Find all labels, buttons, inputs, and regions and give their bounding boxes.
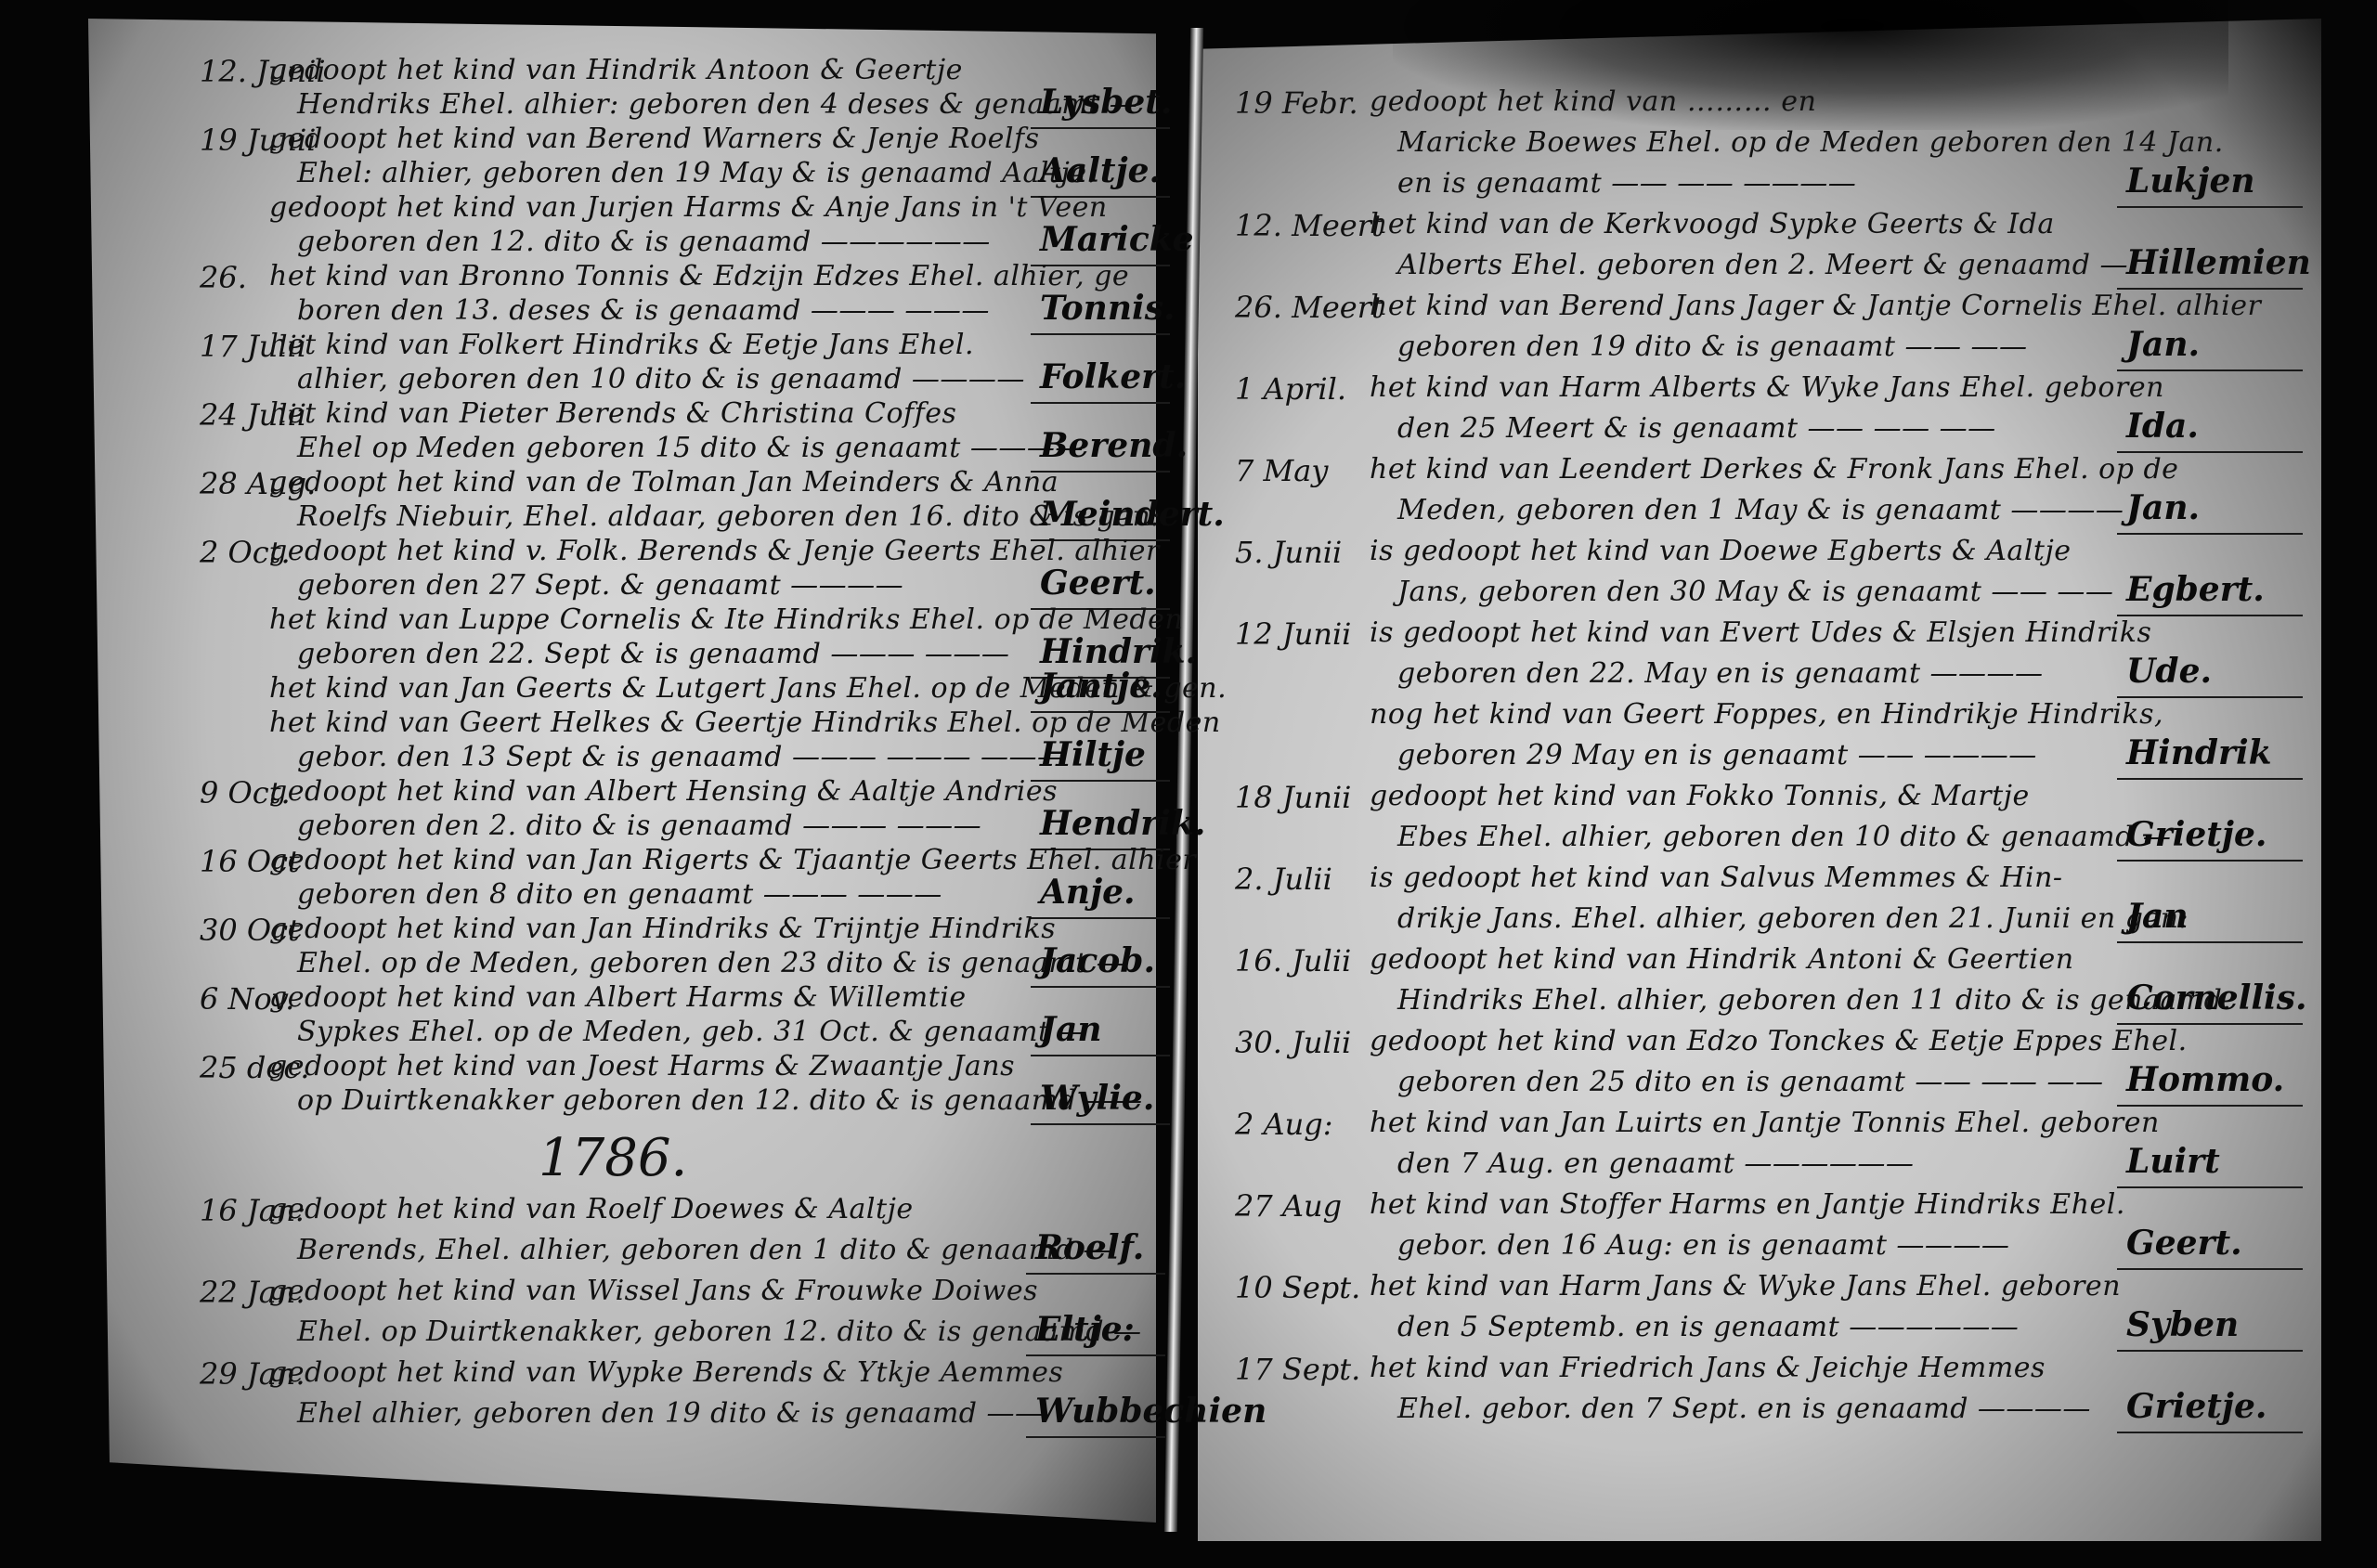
entry-date: 12. Meert <box>1235 208 1383 243</box>
child-name: Meindert. <box>1040 495 1225 534</box>
entry-text-line: Berends, Ehel. alhier, geboren den 1 dit… <box>297 1234 1111 1266</box>
child-name: Eltje: <box>1035 1310 1135 1349</box>
child-name: Hiltje <box>1040 735 1146 774</box>
child-name: Jacob. <box>1040 941 1155 980</box>
year-heading: 1786. <box>539 1128 687 1188</box>
entry-date: 19 Febr. <box>1235 85 1358 121</box>
child-name: Lukjen <box>2126 162 2255 201</box>
name-underline <box>1031 1123 1170 1125</box>
child-name: Lysbet. <box>1040 83 1172 122</box>
child-name: Folkert. <box>1040 357 1186 396</box>
entry-date: 2. Julii <box>1235 862 1332 897</box>
entry-date: 12 Junii <box>1235 616 1351 652</box>
entry-text-line: Ehel alhier, geboren den 19 dito & is ge… <box>297 1397 1044 1430</box>
entry-text-line: geboren den 8 dito en genaamt ——— ——— <box>297 878 942 911</box>
entry-text-line: Maricke Boewes Ehel. op de Meden geboren… <box>1397 126 2224 159</box>
entry-text-line: gedoopt het kind van Edzo Tonckes & Eetj… <box>1370 1025 2188 1057</box>
child-name: Roelf. <box>1035 1228 1144 1267</box>
entry-text-line: geboren 29 May en is genaamt —— ———— <box>1397 739 2037 771</box>
entry-text-line: gedoopt het kind van Wissel Jans & Frouw… <box>269 1275 1038 1307</box>
child-name: Jan. <box>2126 488 2200 527</box>
child-name: Anje. <box>1040 873 1136 912</box>
entry-text-line: geboren den 12. dito & is genaamd —————— <box>297 226 991 258</box>
child-name: Ude. <box>2126 652 2212 691</box>
name-underline <box>2117 1432 2303 1433</box>
child-name: Tonnis. <box>1040 289 1176 328</box>
child-name: Jan <box>1040 1010 1102 1049</box>
child-name: Hommo. <box>2126 1060 2284 1099</box>
entry-date: 30. Julii <box>1235 1025 1351 1060</box>
entry-text-line: Roelfs Niebuir, Ehel. aldaar, geboren de… <box>297 500 1161 533</box>
entry-text-line: gedoopt het kind van Jan Hindriks & Trij… <box>269 913 1056 945</box>
entry-text-line: Sypkes Ehel. op de Meden, geb. 31 Oct. &… <box>297 1016 1087 1048</box>
entry-text-line: gedoopt het kind van Hindrik Antoon & Ge… <box>269 54 963 86</box>
entry-text-line: geboren den 19 dito & is genaamt —— —— <box>1397 330 2028 363</box>
child-name: Geert. <box>2126 1224 2242 1263</box>
entry-text-line: op Duirtkenakker geboren den 12. dito & … <box>297 1084 1143 1117</box>
name-underline <box>1031 402 1170 404</box>
entry-text-line: alhier, geboren den 10 dito & is genaamd… <box>297 363 1025 395</box>
child-name: Syben <box>2126 1305 2239 1344</box>
name-underline <box>1031 127 1170 129</box>
entry-text-line: gedoopt het kind van Jan Rigerts & Tjaan… <box>269 844 1196 876</box>
child-name: Hendrik. <box>1040 804 1205 843</box>
entry-text-line: Ebes Ehel. alhier, geboren den 10 dito &… <box>1397 821 2171 853</box>
name-underline <box>2117 206 2303 208</box>
entry-text-line: geboren den 22. May en is genaamt ———— <box>1397 657 2044 690</box>
entry-text-line: Ehel. gebor. den 7 Sept. en is genaamd —… <box>1397 1393 2091 1425</box>
entry-text-line: Alberts Ehel. geboren den 2. Meert & gen… <box>1397 249 2128 281</box>
entry-date: 5. Junii <box>1235 535 1342 570</box>
entry-text-line: het kind van Pieter Berends & Christina … <box>269 397 956 430</box>
entry-text-line: gedoopt het kind van Roelf Doewes & Aalt… <box>269 1193 914 1225</box>
entry-text-line: gedoopt het kind van Berend Warners & Je… <box>269 123 1039 155</box>
entry-text-line: het kind van Folkert Hindriks & Eetje Ja… <box>269 329 974 361</box>
entry-text-line: gebor. den 13 Sept & is genaamd ——— ——— … <box>297 741 1066 773</box>
entry-text-line: Meden, geboren den 1 May & is genaamt ——… <box>1397 494 2124 526</box>
entry-text-line: het kind van Bronno Tonnis & Edzijn Edze… <box>269 260 1129 292</box>
entry-text-line: geboren den 25 dito en is genaamt —— —— … <box>1397 1066 2103 1098</box>
child-name: Geert. <box>1040 564 1156 603</box>
child-name: Aaltje. <box>1040 151 1161 190</box>
entry-text-line: is gedoopt het kind van Doewe Egberts & … <box>1370 535 2072 567</box>
child-name: Jan. <box>2126 325 2200 364</box>
child-name: Wylie. <box>1040 1079 1154 1118</box>
child-name: Maricke <box>1040 220 1194 259</box>
entry-text-line: en is genaamt —— —— ———— <box>1397 167 1856 200</box>
name-underline <box>2117 533 2303 535</box>
child-name: Grietje. <box>2126 815 2267 854</box>
entry-date: 27 Aug <box>1235 1188 1342 1224</box>
entry-text-line: gedoopt het kind van Joest Harms & Zwaan… <box>269 1050 1015 1082</box>
entry-text-line: het kind van Berend Jans Jager & Jantje … <box>1370 290 2261 322</box>
entry-text-line: Ehel op Meden geboren 15 dito & is genaa… <box>297 432 1084 464</box>
entry-text-line: het kind van de Kerkvoogd Sypke Geerts &… <box>1370 208 2055 240</box>
entry-text-line: het kind van Harm Alberts & Wyke Jans Eh… <box>1370 371 2164 404</box>
entry-text-line: gedoopt het kind van Fokko Tonnis, & Mar… <box>1370 780 2030 812</box>
child-name: Ida. <box>2126 407 2199 446</box>
entry-date: 10 Sept. <box>1235 1270 1360 1305</box>
entry-text-line: gedoopt het kind van de Tolman Jan Meind… <box>269 466 1059 499</box>
child-name: Egbert. <box>2126 570 2265 609</box>
entry-text-line: gedoopt het kind van Jurjen Harms & Anje… <box>269 191 1108 224</box>
child-name: Grietje. <box>2126 1387 2267 1426</box>
entry-date: 7 May <box>1235 453 1328 488</box>
entry-text-line: geboren den 27 Sept. & genaamt ———— <box>297 569 903 602</box>
child-name: Hindrik. <box>1040 632 1197 671</box>
scanned-book-spread: 12. Juniigedoopt het kind van Hindrik An… <box>0 0 2377 1568</box>
child-name: Jan <box>2126 897 2189 936</box>
entry-text-line: gedoopt het kind v. Folk. Berends & Jenj… <box>269 535 1160 567</box>
entry-text-line: Ehel: alhier, geboren den 19 May & is ge… <box>297 157 1097 189</box>
name-underline <box>1026 1273 1165 1275</box>
name-underline <box>1031 333 1170 335</box>
entry-text-line: gedoopt het kind van ……… en <box>1370 85 1816 118</box>
child-name: Cornellis. <box>2126 978 2307 1017</box>
name-underline <box>1031 1055 1170 1056</box>
name-underline <box>2117 1268 2303 1270</box>
entry-text-line: Ehel. op Duirtkenakker, geboren 12. dito… <box>297 1315 1142 1348</box>
entry-text-line: het kind van Leendert Derkes & Fronk Jan… <box>1370 453 2178 486</box>
entry-text-line: geboren den 2. dito & is genaamd ——— ——— <box>297 810 981 842</box>
entry-text-line: het kind van Harm Jans & Wyke Jans Ehel.… <box>1370 1270 2121 1302</box>
entry-text-line: den 7 Aug. en genaamt —————— <box>1397 1147 1914 1180</box>
entry-text-line: nog het kind van Geert Foppes, en Hindri… <box>1370 698 2163 731</box>
entry-date: 16. Julii <box>1235 943 1351 978</box>
entry-text-line: Jans, geboren den 30 May & is genaamt ——… <box>1397 576 2113 608</box>
child-name: Wubbechien <box>1035 1392 1266 1431</box>
entry-date: 1 April. <box>1235 371 1346 407</box>
entry-text-line: geboren den 22. Sept & is genaamd ——— ——… <box>297 638 1009 670</box>
name-underline <box>2117 860 2303 862</box>
entry-date: 17 Sept. <box>1235 1352 1360 1387</box>
entry-text-line: gebor. den 16 Aug: en is genaamt ———— <box>1397 1229 2009 1262</box>
entry-text-line: Hendriks Ehel. alhier: geboren den 4 des… <box>297 88 1137 121</box>
entry-text-line: is gedoopt het kind van Salvus Memmes & … <box>1370 862 2063 894</box>
child-name: Berend. <box>1040 426 1188 465</box>
name-underline <box>2117 778 2303 780</box>
entry-date: 18 Junii <box>1235 780 1351 815</box>
child-name: Jantje. <box>1040 667 1163 706</box>
name-underline <box>1026 1436 1165 1438</box>
child-name: Luirt <box>2126 1142 2220 1181</box>
entry-text-line: den 25 Meert & is genaamt —— —— —— <box>1397 412 1996 445</box>
name-underline <box>1031 986 1170 988</box>
entry-text-line: den 5 Septemb. en is genaamt —————— <box>1397 1311 2019 1343</box>
entry-text-line: is gedoopt het kind van Evert Udes & Els… <box>1370 616 2151 649</box>
entry-text-line: Ehel. op de Meden, geboren den 23 dito &… <box>297 947 1124 979</box>
entry-text-line: drikje Jans. Ehel. alhier, geboren den 2… <box>1397 902 2189 935</box>
entry-text-line: het kind van Jan Luirts en Jantje Tonnis… <box>1370 1107 2160 1139</box>
entry-text-line: het kind van Friedrich Jans & Jeichje He… <box>1370 1352 2046 1384</box>
entry-text-line: het kind van Geert Helkes & Geertje Hind… <box>269 706 1221 739</box>
entry-text-line: het kind van Luppe Cornelis & Ite Hindri… <box>269 603 1183 636</box>
child-name: Hindrik <box>2126 733 2272 772</box>
entry-text-line: het kind van Stoffer Harms en Jantje Hin… <box>1370 1188 2125 1221</box>
entry-date: 26. <box>200 260 247 295</box>
entry-text-line: gedoopt het kind van Hindrik Antoni & Ge… <box>1370 943 2074 976</box>
entry-text-line: Hindriks Ehel. alhier, geboren den 11 di… <box>1397 984 2231 1017</box>
name-underline <box>2117 1350 2303 1352</box>
entry-text-line: gedoopt het kind van Albert Harms & Will… <box>269 981 967 1014</box>
entry-date: 2 Aug: <box>1235 1107 1333 1142</box>
entry-date: 26. Meert <box>1235 290 1383 325</box>
name-underline <box>2117 1186 2303 1188</box>
entry-text-line: gedoopt het kind van Wypke Berends & Ytk… <box>269 1356 1063 1389</box>
name-underline <box>2117 941 2303 943</box>
entry-text-line: gedoopt het kind van Albert Hensing & Aa… <box>269 775 1058 808</box>
child-name: Hillemien <box>2126 243 2311 282</box>
entry-text-line: boren den 13. deses & is genaamd ——— ——— <box>297 294 990 327</box>
